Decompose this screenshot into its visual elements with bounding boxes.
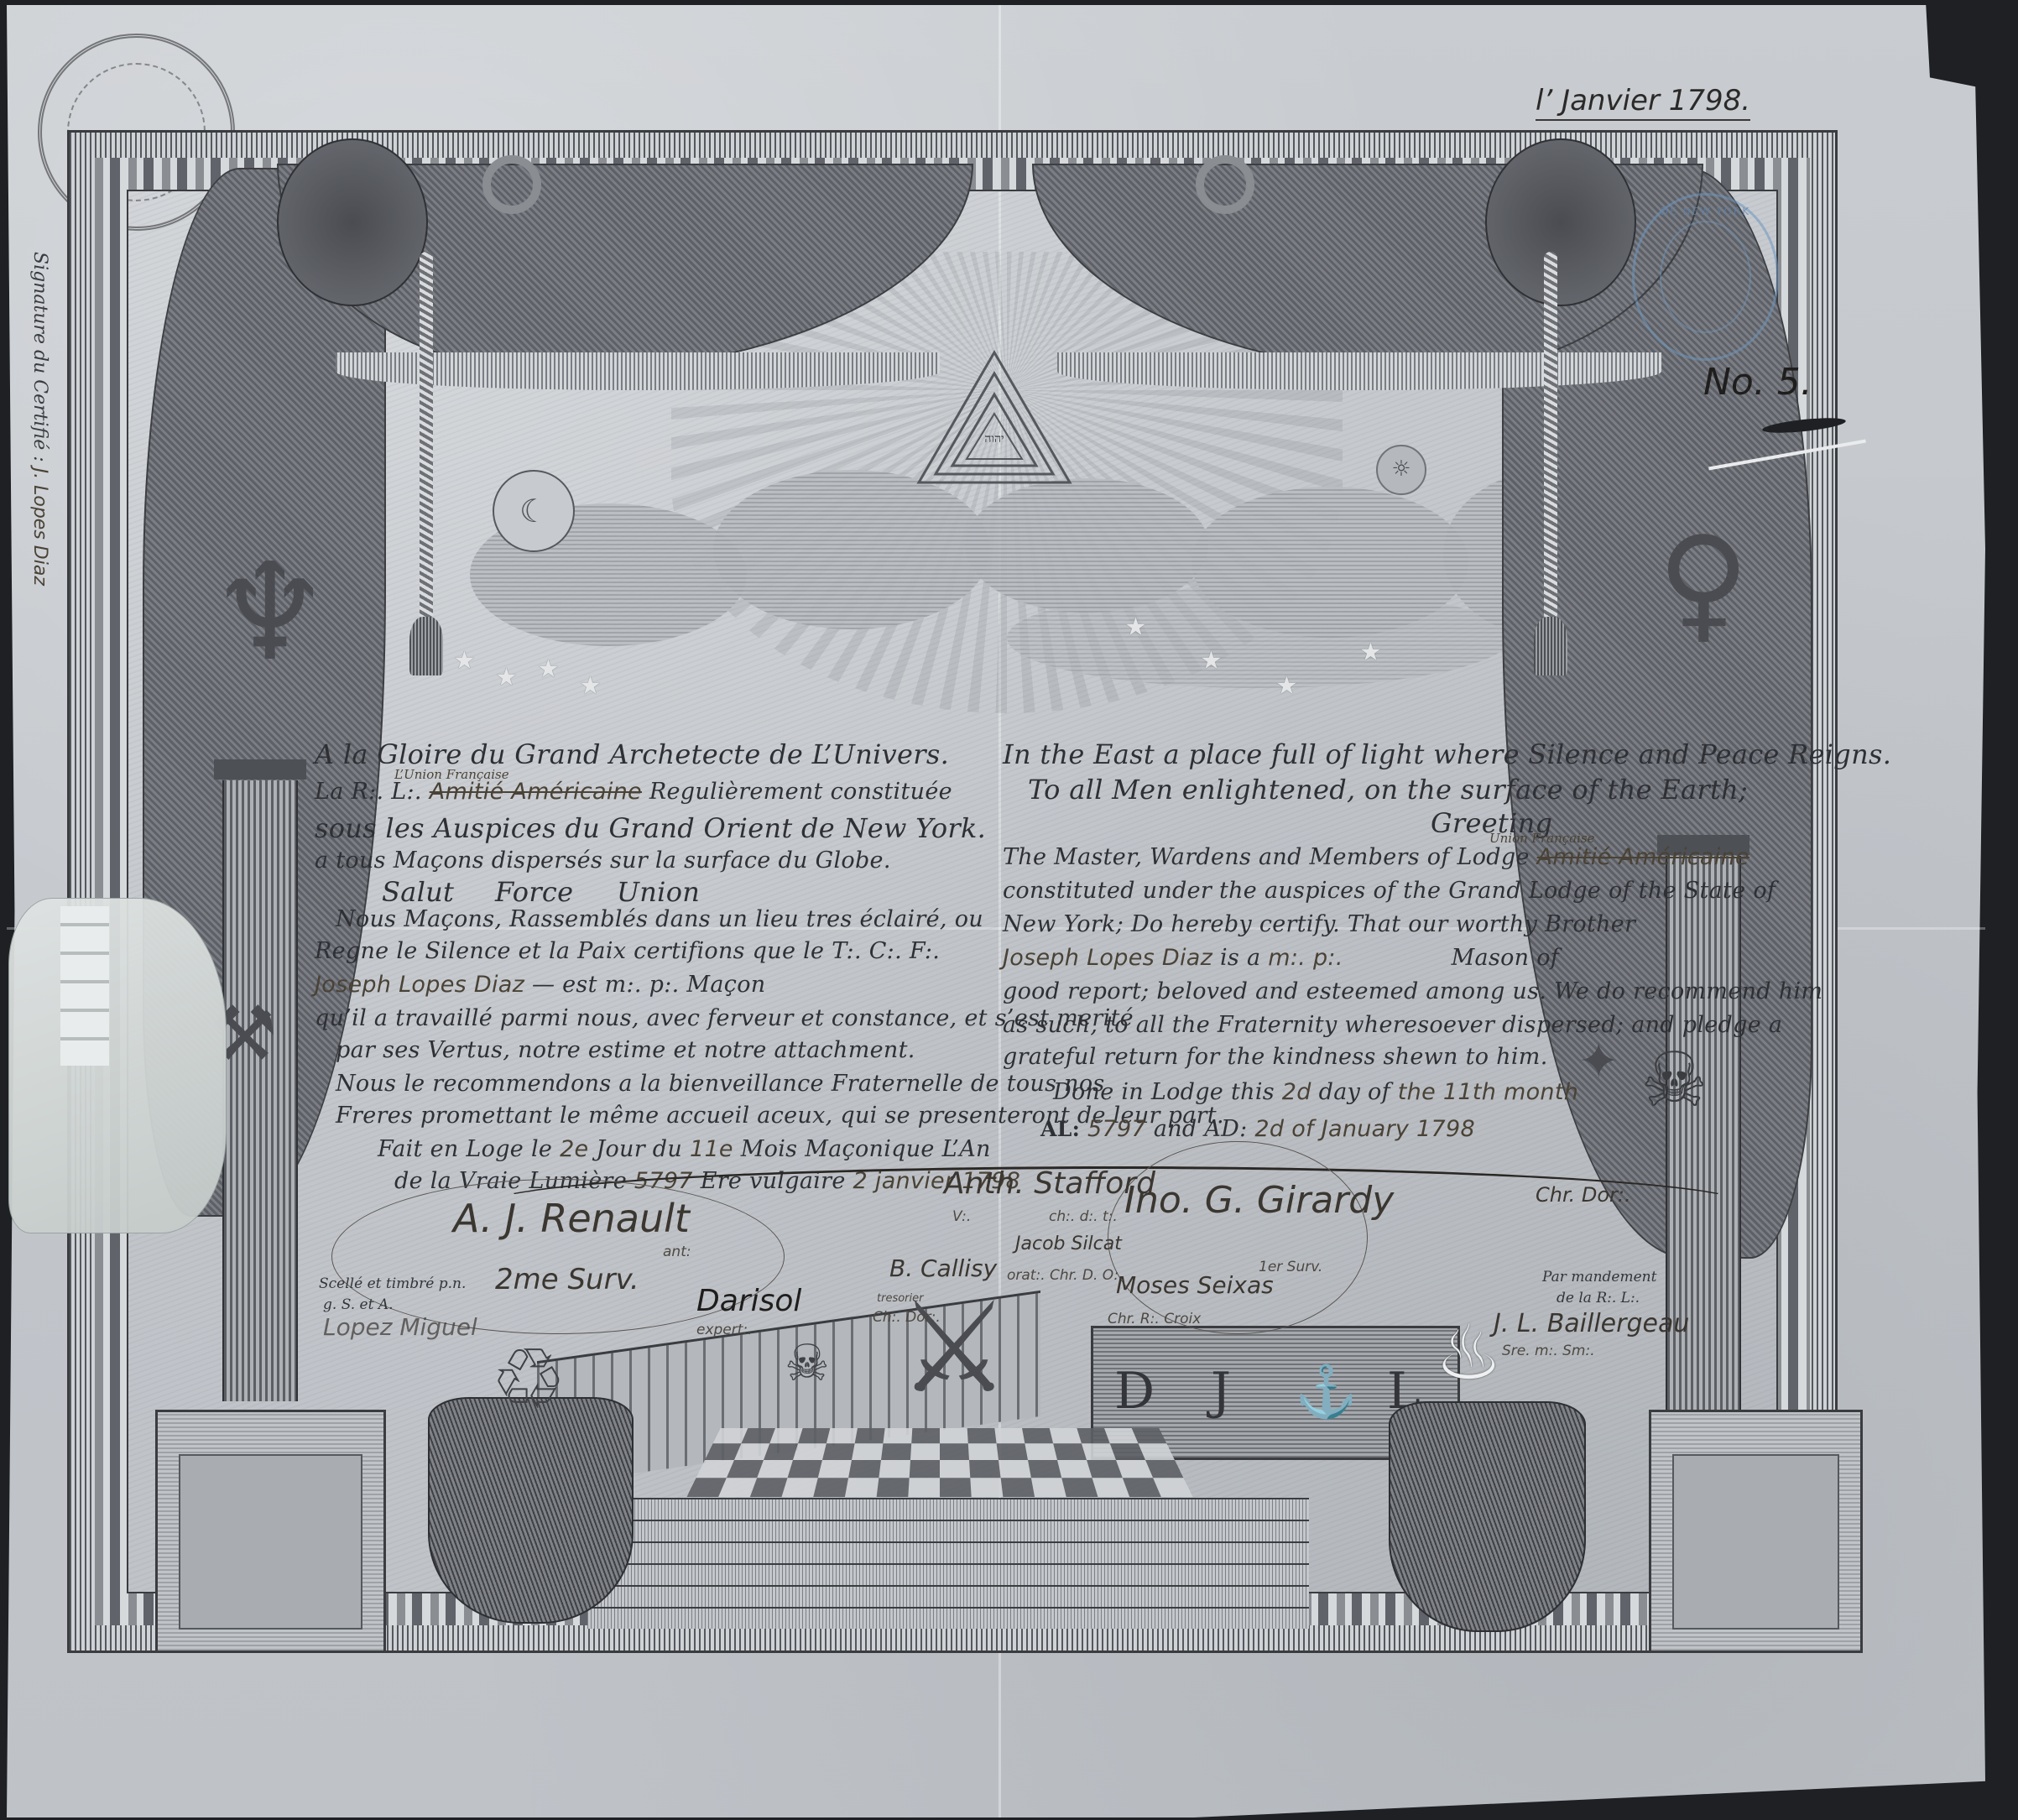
signature-jacob: Jacob Silcat xyxy=(1015,1233,1122,1254)
struck-lodge-name: Amitié Américaine xyxy=(430,779,642,805)
right-swag-fringe xyxy=(1057,352,1661,390)
signature-girardy-title: Chr. Dor:. xyxy=(1536,1183,1631,1207)
french-line-6: Nous Maçons, Rassemblés dans un lieu tre… xyxy=(336,906,983,932)
french-line-3: sous les Auspices du Grand Orient de New… xyxy=(315,812,986,844)
left-brazier-urn xyxy=(428,1397,634,1624)
signature-callisy: B. Callisy xyxy=(889,1254,997,1282)
compass-icon: ✦ xyxy=(1577,1032,1619,1091)
french-line-7: Regne le Silence et la Paix certifions q… xyxy=(315,938,940,964)
motto-force: Force xyxy=(495,876,573,908)
left-tassel xyxy=(409,617,443,675)
seal-note-line-1: Scellé et timbré p.n. xyxy=(319,1275,466,1292)
rope-ring-icon xyxy=(1196,155,1254,214)
certificate-number: No. 5. xyxy=(1703,361,1812,404)
inserted-lodge-name: L’Union Française xyxy=(394,767,509,782)
temple-steps xyxy=(587,1498,1309,1628)
step xyxy=(587,1607,1309,1629)
step xyxy=(587,1498,1309,1520)
english-line-4: The Master, Wardens and Members of Lodge… xyxy=(1003,844,1749,870)
blue-stamp-inner-ring xyxy=(1660,221,1751,333)
left-column-capital xyxy=(214,759,306,780)
french-line-13: Fait en Loge le 2e Jour du 11e Mois Maço… xyxy=(378,1136,991,1162)
signature-renault-title: 2me Surv. xyxy=(495,1263,639,1296)
cloud xyxy=(1007,587,1510,688)
star-icon: ★ xyxy=(1359,638,1382,667)
blue-ink-stamp: DE NEW YORK xyxy=(1632,193,1779,361)
signature-jacob-title: orat:. Chr. D. O:. xyxy=(1007,1267,1124,1284)
left-column xyxy=(222,780,298,1401)
signature-stafford-title: V:. xyxy=(952,1208,971,1225)
star-icon: ★ xyxy=(453,646,476,675)
cloud xyxy=(713,470,990,629)
fame-statue-figure-icon: ♀ xyxy=(1653,520,1754,646)
french-line-2: La R:. L:. Amitié Américaine Regulièreme… xyxy=(315,779,952,805)
english-line-2: To all Men enlightened, on the surface o… xyxy=(1028,774,1748,806)
signature-moses-title: Chr. R:. Croix xyxy=(1108,1311,1201,1327)
skull-and-tears-emblem-icon: ☠ xyxy=(1640,1036,1708,1124)
right-brazier-urn xyxy=(1389,1401,1586,1632)
male-statue-figure-icon: ♆ xyxy=(210,545,310,680)
step xyxy=(587,1520,1309,1541)
signature-stafford-title-2: ch:. d:. t:. xyxy=(1049,1208,1118,1225)
english-line-10: grateful return for the kindness shewn t… xyxy=(1003,1044,1548,1070)
english-line-5: constituted under the auspices of the Gr… xyxy=(1003,878,1776,904)
top-handwritten-date: l’ Janvier 1798. xyxy=(1536,84,1750,121)
motto-union: Union xyxy=(617,876,700,908)
step xyxy=(587,1585,1309,1607)
done-in-lodge-line: Done in Lodge this 2d day of the 11th mo… xyxy=(1053,1079,1578,1105)
star-icon: ★ xyxy=(1124,613,1147,642)
brother-name-english: Joseph Lopes Diaz xyxy=(1003,945,1212,971)
french-line-8: Joseph Lopes Diaz — est m:. p:. Maçon xyxy=(315,972,765,998)
signature-darisol: Darisol xyxy=(696,1284,801,1318)
step xyxy=(587,1541,1309,1563)
pedestal-relief-panel xyxy=(179,1454,362,1630)
left-pedestal xyxy=(155,1410,386,1653)
moon-icon: ☾ xyxy=(493,470,575,552)
star-icon: ★ xyxy=(1275,671,1298,701)
skull-panel-icon: ☠ xyxy=(785,1334,830,1393)
pedestal-relief-panel xyxy=(1672,1454,1839,1630)
signature-girardy: Ino. G. Girardy xyxy=(1124,1179,1394,1222)
inserted-lodge-name-english: Union Française xyxy=(1489,831,1594,846)
french-line-1: A la Gloire du Grand Archetecte de L’Uni… xyxy=(315,738,949,770)
ribbon-strip xyxy=(60,906,109,1066)
brother-name-french: Joseph Lopes Diaz xyxy=(315,972,524,998)
mandate-line-1: Par mandement xyxy=(1542,1269,1656,1285)
star-icon: ★ xyxy=(537,654,560,684)
left-tassel-cord xyxy=(420,252,433,621)
signature-callisy-title: tresorier xyxy=(877,1292,923,1305)
star-icon: ★ xyxy=(495,663,518,692)
sun-icon: ☼ xyxy=(1376,445,1426,495)
left-margin-annotation: Signature du Certifié : J. Lopes Diaz xyxy=(29,252,50,772)
tetragrammaton-text: יהוה xyxy=(915,432,1074,446)
star-icon: ★ xyxy=(1200,646,1223,675)
struck-lodge-name-english: Amitié Américaine xyxy=(1537,844,1749,870)
seal-note-line-2: g. S. et A. xyxy=(323,1296,394,1313)
eagle-icon: ♲ xyxy=(491,1330,566,1428)
right-curtain-knot xyxy=(1485,138,1636,306)
english-line-8: good report; beloved and esteemed among … xyxy=(1003,978,1822,1004)
step xyxy=(587,1563,1309,1585)
english-line-7: Joseph Lopes Diaz is a m:. p:. Mason of xyxy=(1003,945,1559,971)
right-tassel xyxy=(1534,617,1567,675)
al-ad-date-line: AL: 5797 and AD: 2d of January 1798 xyxy=(1040,1116,1475,1142)
french-line-11: Nous le recommendons a la bienveillance … xyxy=(336,1071,1105,1097)
english-line-9: as such, to all the Fraternity wheresoev… xyxy=(1003,1012,1782,1038)
altar-flame-icon: ♨ xyxy=(1435,1309,1503,1397)
signature-callisy-title-2: Ch:. Dor:. xyxy=(873,1309,941,1326)
signature-renault-title-2: ant: xyxy=(663,1244,691,1260)
right-tassel-cord xyxy=(1544,252,1557,621)
signature-darisol-title: expert:. xyxy=(696,1322,753,1338)
left-curtain-knot xyxy=(277,138,428,306)
silk-ribbon xyxy=(8,898,227,1233)
signature-moses: Moses Seixas xyxy=(1116,1271,1274,1299)
french-line-4: a tous Maçons dispersés sur la surface d… xyxy=(315,847,891,873)
signature-baillergeau: J. L. Baillergeau xyxy=(1494,1309,1689,1338)
signature-seal-keeper: Lopez Miguel xyxy=(323,1313,477,1341)
mandate-line-2: de la R:. L:. xyxy=(1557,1290,1640,1306)
star-icon: ★ xyxy=(579,671,602,701)
right-pedestal xyxy=(1649,1410,1863,1653)
signature-renault: A. J. Renault xyxy=(453,1196,690,1241)
english-line-6: New York; Do hereby certify. That our wo… xyxy=(1003,911,1635,937)
checkered-pavement xyxy=(686,1428,1192,1497)
french-line-10: par ses Vertus, notre estime et notre at… xyxy=(336,1037,915,1063)
rope-ring-icon xyxy=(482,155,541,214)
motto-salut: Salut xyxy=(382,876,454,908)
signature-baillergeau-title: Sre. m:. Sm:. xyxy=(1502,1343,1595,1359)
english-line-1: In the East a place full of light where … xyxy=(1003,738,1891,770)
